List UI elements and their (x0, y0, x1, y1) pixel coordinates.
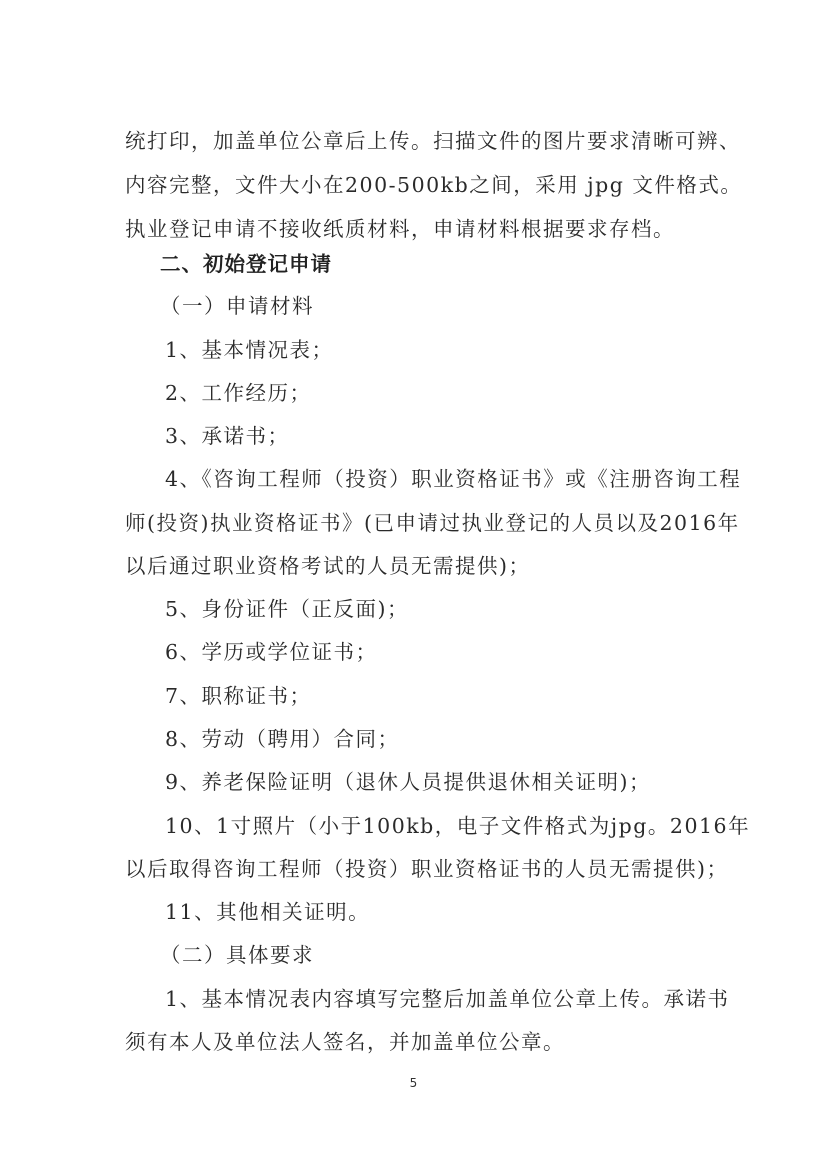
requirement-item: 1、基本情况表内容填写完整后加盖单位公章上传。承诺书 (165, 986, 765, 1012)
list-item: 8、劳动（聘用）合同； (165, 726, 765, 752)
list-item: 11、其他相关证明。 (165, 899, 765, 925)
page-number: 5 (0, 1076, 827, 1090)
list-item: 4、《咨询工程师（投资）职业资格证书》或《注册咨询工程 (165, 466, 765, 492)
list-item: 6、学历或学位证书； (165, 639, 765, 665)
subsection-heading-materials: （一）申请材料 (160, 293, 760, 319)
section-heading: 二、初始登记申请 (160, 251, 760, 277)
document-page: 统打印，加盖单位公章后上传。扫描文件的图片要求清晰可辨、 内容完整，文件大小在2… (0, 0, 827, 1170)
requirement-continuation: 须有本人及单位法人签名，并加盖单位公章。 (125, 1029, 725, 1055)
list-item: 9、养老保险证明（退休人员提供退休相关证明)； (165, 769, 765, 795)
list-item: 10、1寸照片（小于100kb，电子文件格式为jpg。2016年 (165, 813, 765, 839)
list-item-continuation: 以后通过职业资格考试的人员无需提供)； (125, 553, 725, 579)
list-item-continuation: 以后取得咨询工程师（投资）职业资格证书的人员无需提供)； (125, 856, 725, 882)
list-item: 2、工作经历； (165, 380, 765, 406)
subsection-heading-requirements: （二）具体要求 (160, 942, 760, 968)
body-text-line: 内容完整，文件大小在200-500kb之间，采用 jpg 文件格式。 (125, 172, 725, 198)
list-item: 5、身份证件（正反面)； (165, 596, 765, 622)
list-item: 7、职称证书； (165, 683, 765, 709)
body-text-line: 执业登记申请不接收纸质材料，申请材料根据要求存档。 (125, 216, 725, 242)
list-item-continuation: 师(投资)执业资格证书》(已申请过执业登记的人员以及2016年 (125, 510, 725, 536)
list-item: 1、基本情况表； (165, 337, 765, 363)
body-text-line: 统打印，加盖单位公章后上传。扫描文件的图片要求清晰可辨、 (125, 128, 725, 154)
list-item: 3、承诺书； (165, 423, 765, 449)
